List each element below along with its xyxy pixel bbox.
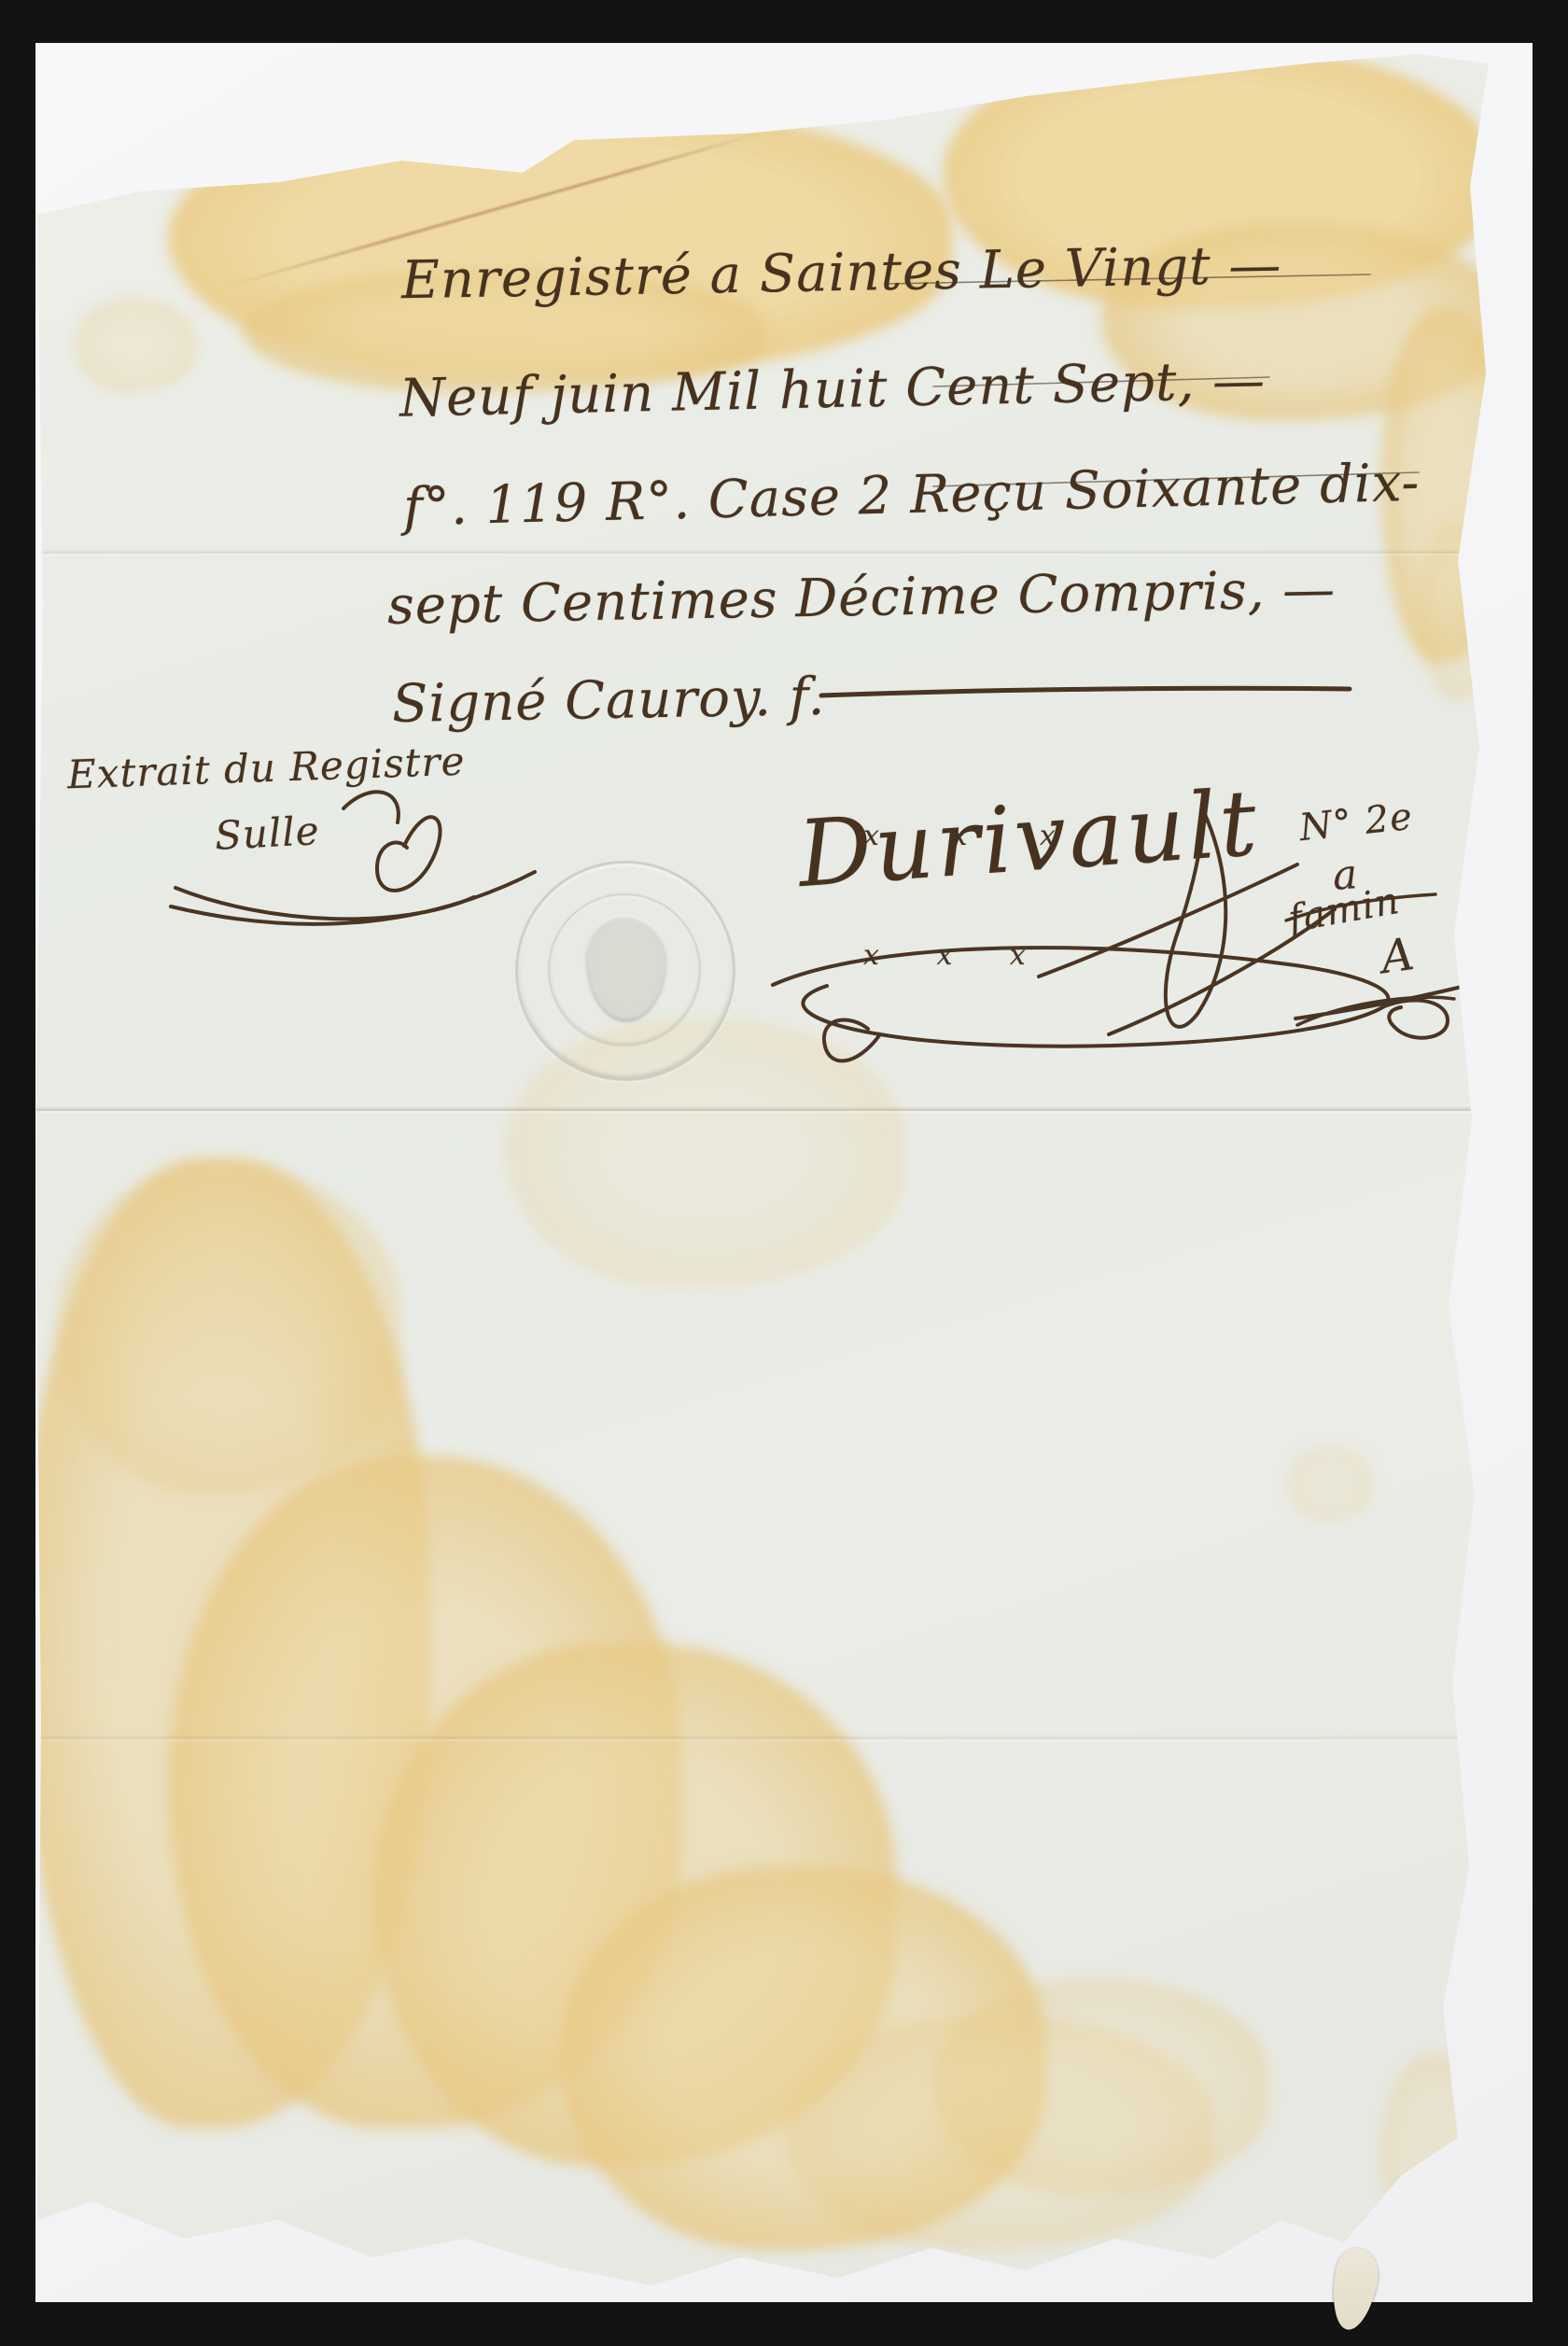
- side-note-line-1: N° 2e: [1297, 795, 1415, 850]
- signature-marks-above: x x x: [863, 820, 1087, 852]
- document-paper: Enregistré a Saintes Le Vingt — Neuf jui…: [35, 43, 1533, 2302]
- fold-crease-upper: [35, 549, 1533, 556]
- signature-marks-below: x x x: [863, 939, 1050, 972]
- registration-line-4: sept Centimes Décime Compris, —: [387, 559, 1337, 637]
- fold-crease-middle: [35, 1106, 1533, 1114]
- fold-crease-lower: [35, 1735, 1533, 1742]
- registration-line-5: Signé Cauroy. f.: [391, 667, 825, 735]
- registration-line-3: f°. 119 R°. Case 2 Reçu Soixante dix-: [402, 453, 1421, 539]
- scan-background: Enregistré a Saintes Le Vingt — Neuf jui…: [0, 0, 1568, 2346]
- stain-top-left-small: [75, 299, 196, 392]
- side-note-line-4: A: [1378, 928, 1418, 984]
- stain-bottom-left-upper: [56, 1167, 401, 1494]
- margin-note-line-1: Extrait du Registre: [66, 738, 466, 798]
- signe-rule: [821, 688, 1350, 695]
- margin-note-line-2: Sulle: [214, 808, 321, 859]
- stain-bottom-separate: [933, 1979, 1269, 2194]
- embossed-seal: [515, 861, 735, 1081]
- stain-right-small: [1288, 1447, 1372, 1522]
